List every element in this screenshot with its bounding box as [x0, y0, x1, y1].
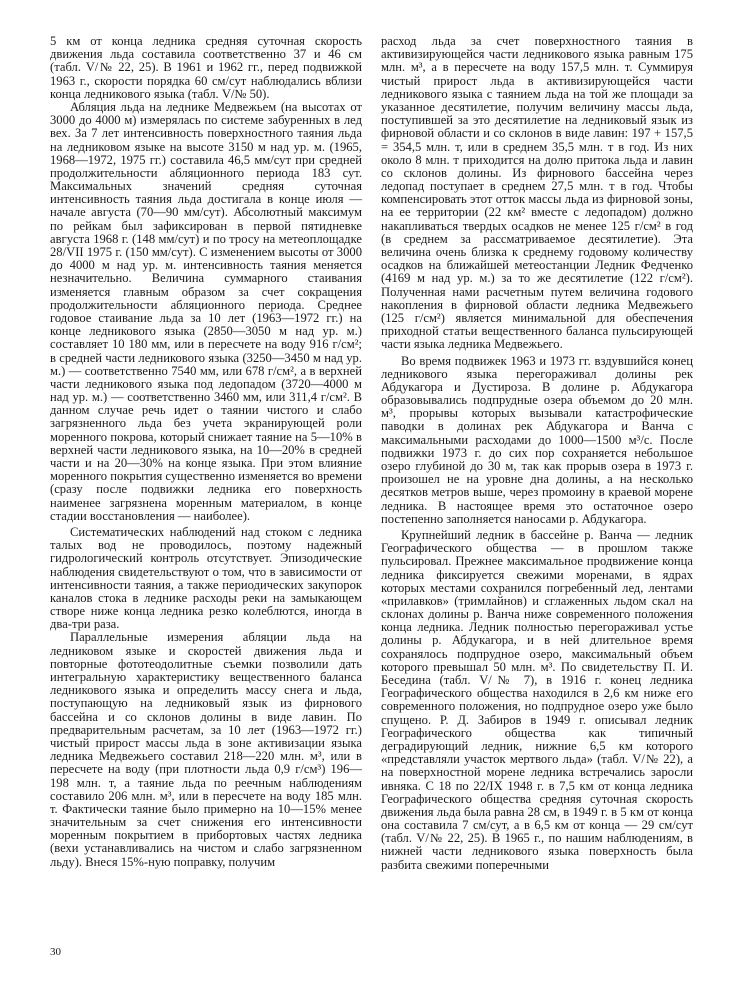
paragraph: расход льда за счет поверхностного таяни…: [381, 35, 693, 352]
paragraph: Во время подвижек 1963 и 1973 гг. вздувш…: [381, 355, 693, 526]
left-text-column: 5 км от конца ледника средняя суточная с…: [50, 35, 362, 869]
paragraph: Крупнейший ледник в бассейне р. Ванча — …: [381, 529, 693, 872]
paragraph: Абляция льда на леднике Медвежьем (на вы…: [50, 101, 362, 523]
right-text-column: расход льда за счет поверхностного таяни…: [381, 35, 693, 872]
paragraph: Систематических наблюдений над стоком с …: [50, 526, 362, 632]
page-number: 30: [50, 946, 61, 958]
paragraph: Параллельные измерения абляции льда на л…: [50, 631, 362, 868]
paragraph: 5 км от конца ледника средняя суточная с…: [50, 35, 362, 101]
